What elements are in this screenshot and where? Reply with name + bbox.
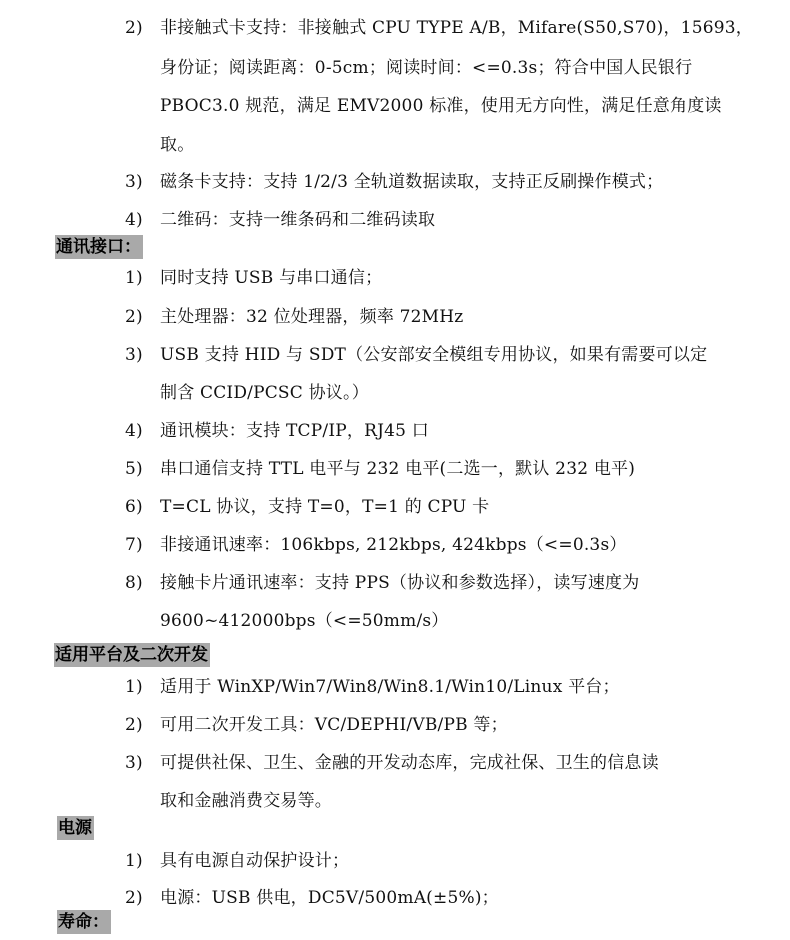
item-text: 接触卡片通讯速率：支持 PPS（协议和参数选择），读写速度为 bbox=[160, 573, 639, 593]
item-text: 取和金融消费交易等。 bbox=[160, 791, 332, 811]
item-text: 主处理器：32 位处理器，频率 72MHz bbox=[160, 307, 463, 327]
item-number: 8) bbox=[125, 573, 143, 593]
section-heading-platform: 适用平台及二次开发 bbox=[54, 643, 210, 667]
item-text: 同时支持 USB 与串口通信； bbox=[160, 268, 382, 288]
item-number: 2) bbox=[125, 715, 143, 735]
item-number: 3) bbox=[125, 172, 143, 192]
section-heading-power: 电源 bbox=[57, 816, 94, 840]
item-text: 通讯模块：支持 TCP/IP，RJ45 口 bbox=[160, 421, 429, 441]
section-heading-lifespan: 寿命： bbox=[57, 910, 111, 934]
item-number: 5) bbox=[125, 459, 143, 479]
item-number: 4) bbox=[125, 210, 143, 230]
item-number: 3) bbox=[125, 753, 143, 773]
item-text: 适用于 WinXP/Win7/Win8/Win8.1/Win10/Linux 平… bbox=[160, 677, 620, 697]
item-number: 2) bbox=[125, 18, 143, 38]
item-number: 6) bbox=[125, 497, 143, 517]
item-text: T=CL 协议，支持 T=0，T=1 的 CPU 卡 bbox=[160, 497, 489, 517]
item-number: 1) bbox=[125, 677, 143, 697]
item-text: 串口通信支持 TTL 电平与 232 电平(二选一，默认 232 电平) bbox=[160, 459, 635, 479]
item-text: 取。 bbox=[160, 135, 194, 155]
item-text: 9600~412000bps（<=50mm/s） bbox=[160, 611, 449, 631]
item-number: 1) bbox=[125, 268, 143, 288]
item-text: 制含 CCID/PCSC 协议。） bbox=[160, 383, 369, 403]
item-text: 具有电源自动保护设计； bbox=[160, 851, 349, 871]
item-text: 电源：USB 供电，DC5V/500mA(±5%)； bbox=[160, 888, 499, 908]
item-text: 可提供社保、卫生、金融的开发动态库，完成社保、卫生的信息读 bbox=[160, 753, 659, 773]
item-text: 非接通讯速率：106kbps, 212kbps, 424kbps（<=0.3s） bbox=[160, 535, 627, 555]
item-text: USB 支持 HID 与 SDT（公安部安全模组专用协议，如果有需要可以定 bbox=[160, 345, 707, 365]
item-number: 1) bbox=[125, 851, 143, 871]
section-heading-communication: 通讯接口： bbox=[55, 235, 143, 259]
item-number: 2) bbox=[125, 307, 143, 327]
item-number: 7) bbox=[125, 535, 143, 555]
item-text: 非接触式卡支持：非接触式 CPU TYPE A/B，Mifare(S50,S70… bbox=[160, 18, 753, 38]
item-number: 2) bbox=[125, 888, 143, 908]
item-text: 身份证；阅读距离：0-5cm；阅读时间：<=0.3s；符合中国人民银行 bbox=[160, 58, 692, 78]
item-number: 4) bbox=[125, 421, 143, 441]
item-text: 二维码：支持一维条码和二维码读取 bbox=[160, 210, 435, 230]
item-text: PBOC3.0 规范，满足 EMV2000 标准，使用无方向性，满足任意角度读 bbox=[160, 96, 722, 116]
item-text: 可用二次开发工具：VC/DEPHI/VB/PB 等； bbox=[160, 715, 508, 735]
item-text: 磁条卡支持：支持 1/2/3 全轨道数据读取，支持正反刷操作模式； bbox=[160, 172, 663, 192]
item-number: 3) bbox=[125, 345, 143, 365]
